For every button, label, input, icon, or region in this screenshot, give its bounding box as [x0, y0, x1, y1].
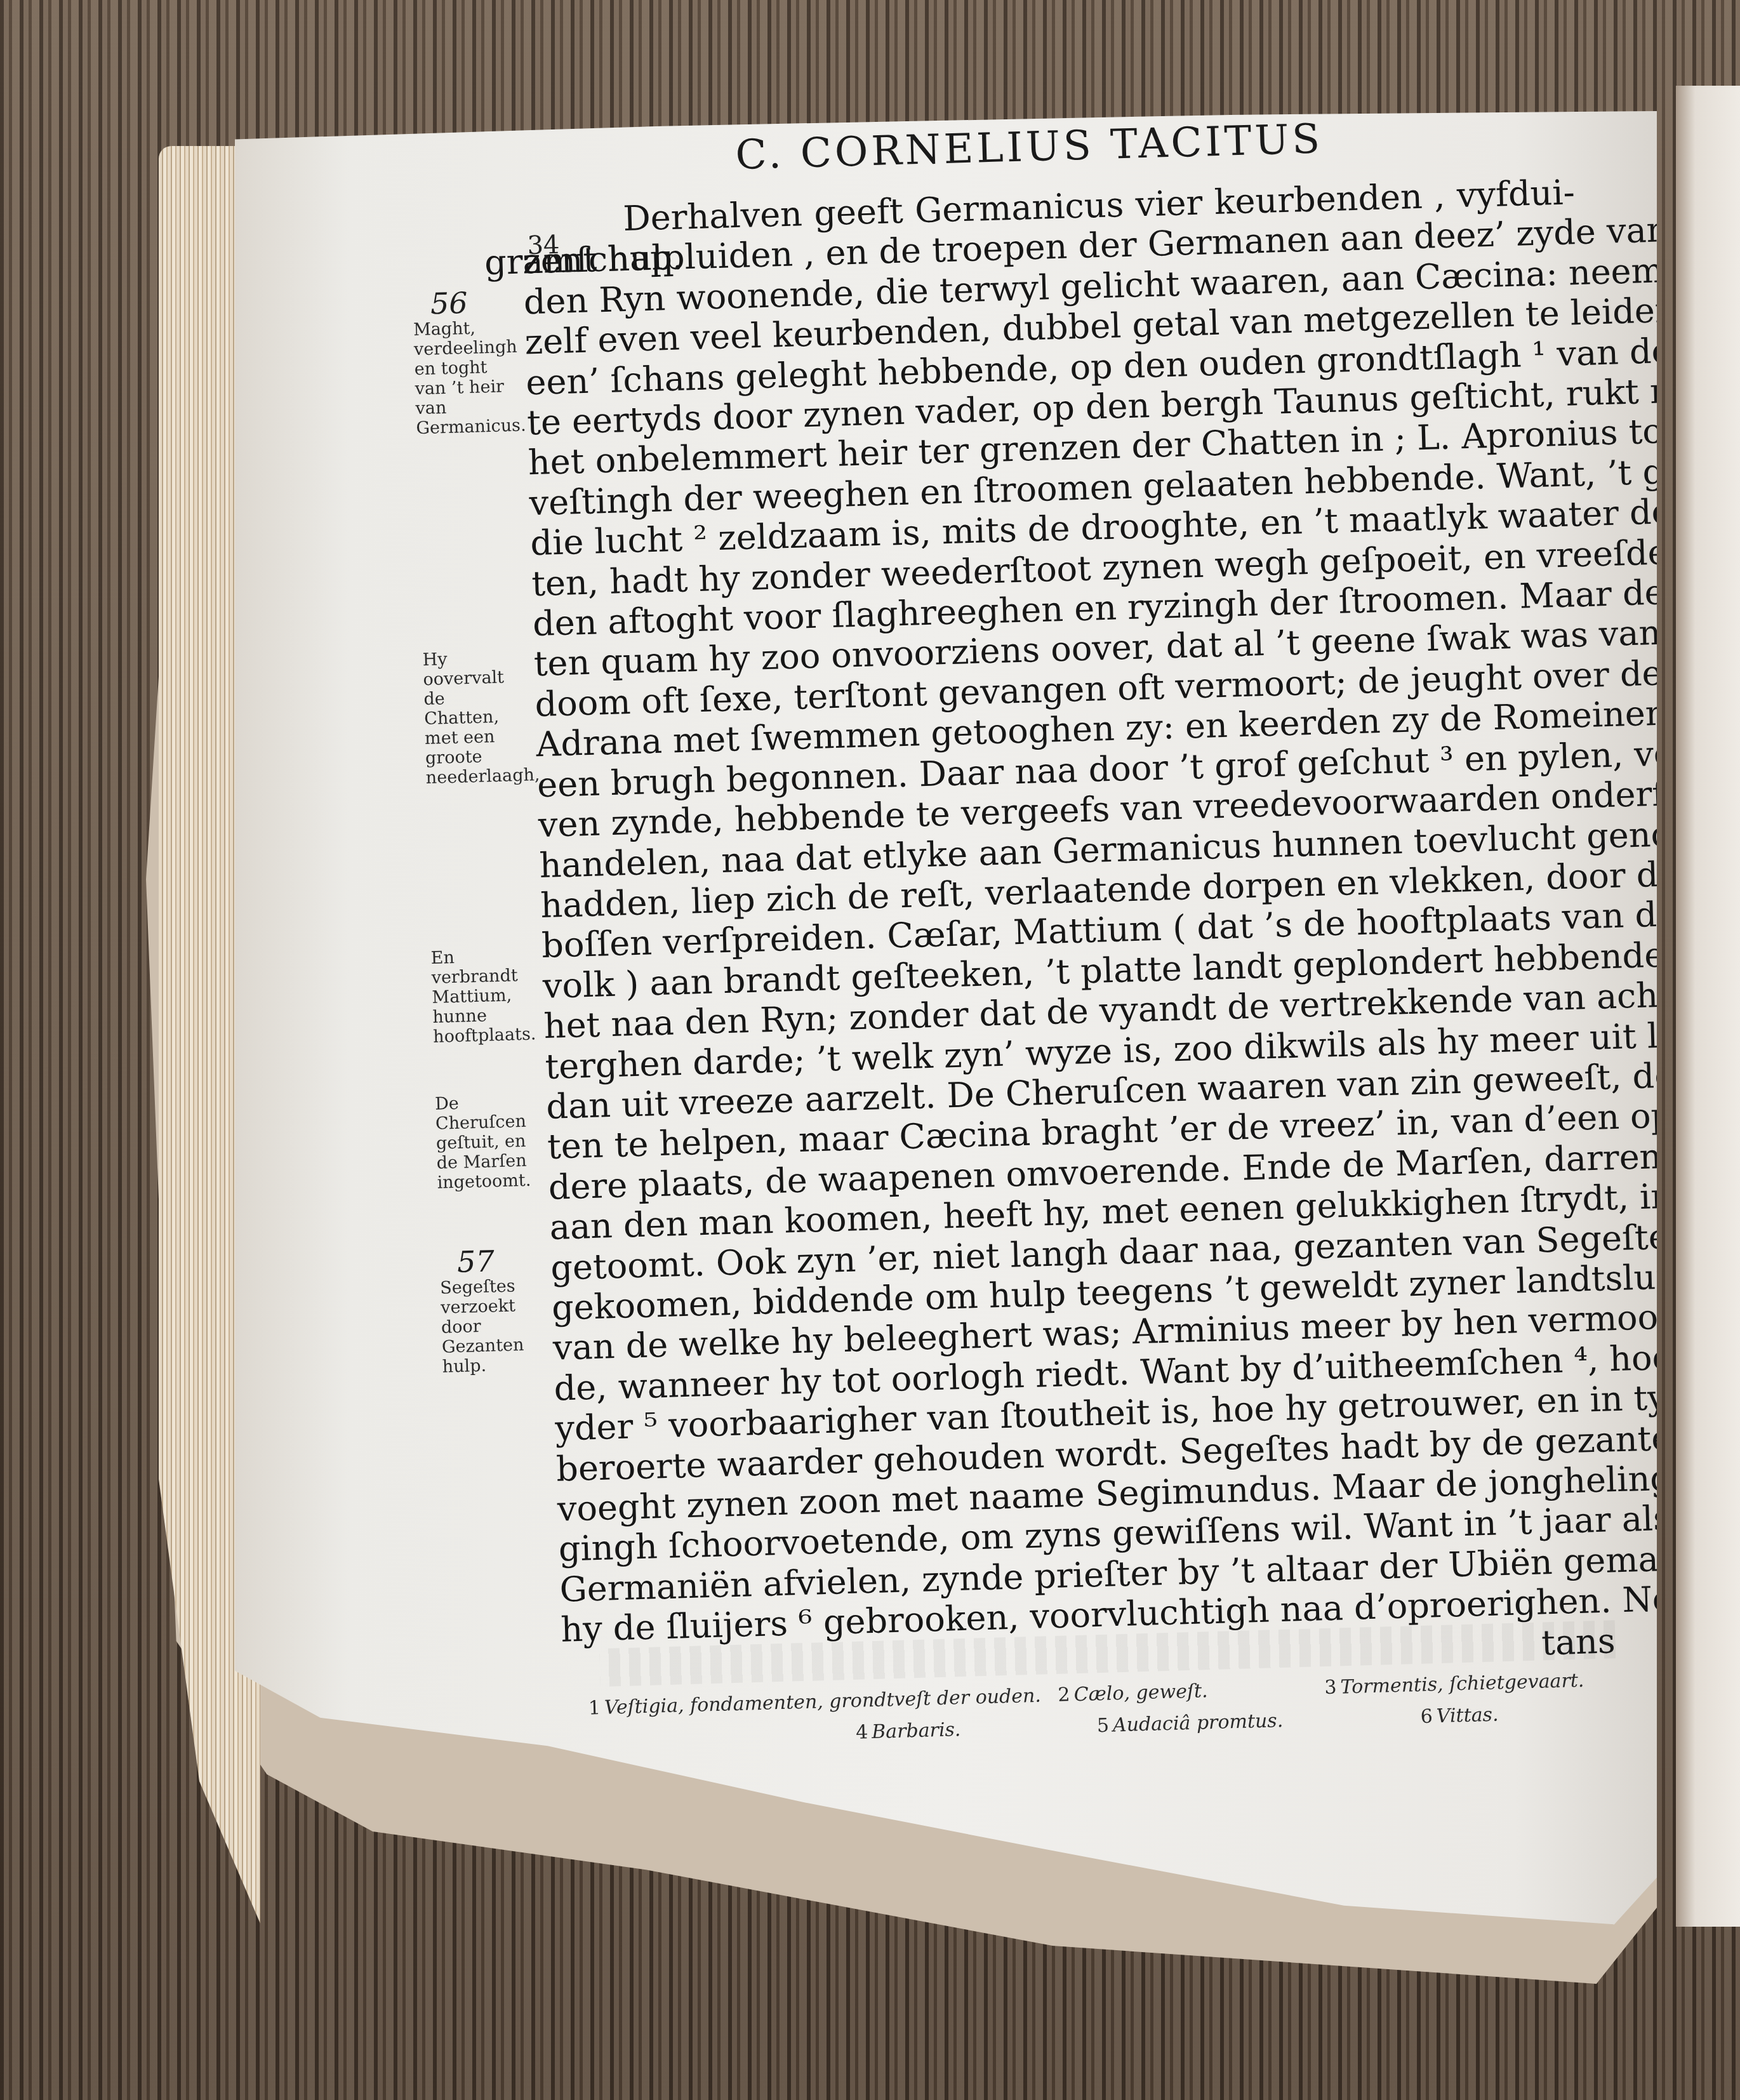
footnote-5: 5Audaciâ promtus. [1096, 1706, 1284, 1741]
facing-page [1676, 86, 1740, 1927]
margin-note-56: 56 Maght, verdeelingh en toght van ’t he… [412, 286, 512, 438]
margin-note-text: Maght, verdeelingh en toght van ’t heir … [413, 319, 526, 439]
footnote-2: 2Cælo, geweſt. [1058, 1676, 1208, 1711]
section-number: 56 [412, 286, 508, 320]
body-text: Derhalven geeft Germanicus vier keurbend… [521, 172, 1616, 1690]
margin-continuation: gramſchap. [484, 237, 683, 282]
margin-note-cheruscen: De Cheruſcen geſtuit, en de Marſen inget… [435, 1092, 533, 1193]
footnote-3: 3Tormentis, ſchietgevaart. [1324, 1666, 1584, 1703]
margin-note-chatten: Hy oovervalt de Chatten, met een groote … [422, 648, 521, 788]
margin-note-text: De Cheruſcen geſtuit, en de Marſen inget… [435, 1094, 531, 1193]
margin-note-57: 57 Segeſtes verzoekt door Gezanten hulp. [439, 1244, 538, 1377]
book-page: C. CORNELIUS TACITUS 34 Derhalven geeft … [235, 111, 1657, 1990]
section-number: 57 [439, 1244, 535, 1279]
margin-note-text: Segeſtes verzoekt door Gezanten hulp. [440, 1276, 524, 1376]
margin-note-text: Hy oovervalt de Chatten, met een groote … [422, 649, 540, 788]
page-content: C. CORNELIUS TACITUS 34 Derhalven geeft … [214, 95, 1688, 2013]
margin-note-mattium: En verbrandt Mattium, hunne hooftplaats. [430, 946, 528, 1047]
running-head: C. CORNELIUS TACITUS [735, 116, 1324, 179]
footnote-4: 4Barbaris. [855, 1715, 961, 1748]
margin-note-text: En verbrandt Mattium, hunne hooftplaats. [430, 948, 536, 1047]
footnote-6: 6Vittas. [1420, 1699, 1499, 1732]
